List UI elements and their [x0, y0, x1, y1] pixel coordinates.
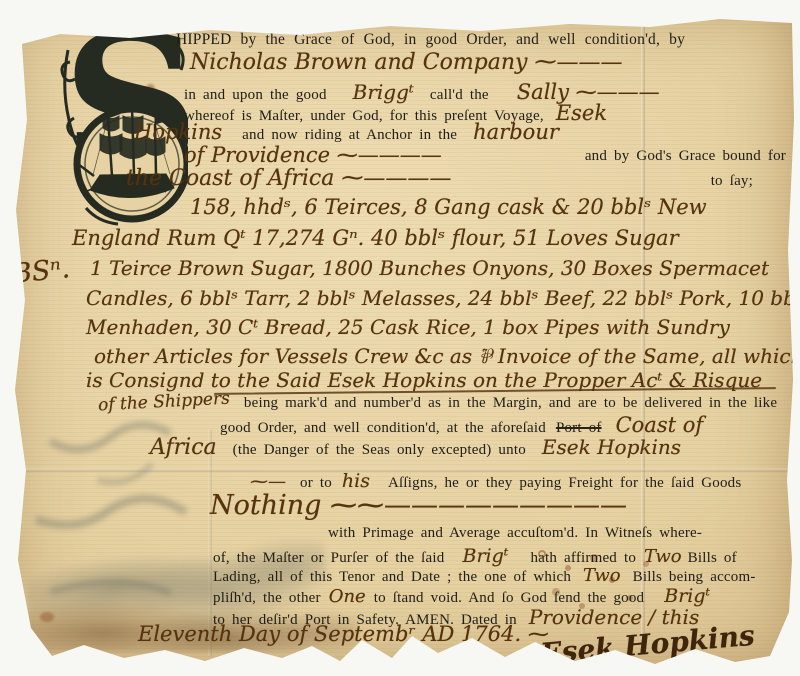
handwritten-text: the Coast of Africa ⁓————	[126, 166, 451, 191]
bol-line: Lading, all of this Tenor and Date ; the…	[213, 565, 756, 586]
handwritten-text: of Providence ⁓————	[184, 143, 442, 167]
printed-text: being mark'd and number'd as in the Marg…	[244, 395, 777, 411]
handwritten-text: Candles, 6 bblˢ Tarr, 2 bblˢ Melasses, 2…	[86, 286, 800, 310]
printed-text: pliſh'd, the other	[213, 590, 321, 606]
bol-line: 158, hhdˢ, 6 Teirces, 8 Gang cask & 20 b…	[190, 195, 707, 219]
printed-text: hath affirmed to	[530, 550, 636, 566]
printed-text: with Primage and Average accuſtom'd. In …	[328, 525, 702, 541]
handwritten-text: 158, hhdˢ, 6 Teirces, 8 Gang cask & 20 b…	[190, 195, 707, 219]
bol-line: of Providence ⁓———— and by God's Grace b…	[184, 143, 786, 167]
handwritten-text: England Rum Qᵗ 17,274 Gⁿ. 40 bblˢ flour,…	[72, 226, 679, 250]
handwritten-text: other Articles for Vessels Crew &c as ⅌ …	[94, 344, 800, 368]
handwritten-flourish: ⁓—	[250, 471, 286, 492]
bol-line: pliſh'd, the other One to ſtand void. An…	[213, 585, 710, 607]
handwritten-text: Esek	[556, 101, 607, 125]
bol-line: Hopkins and now riding at Anchor in the …	[134, 120, 559, 144]
bol-line: Menhaden, 30 Cᵗ Bread, 25 Cask Rice, 1 b…	[86, 315, 730, 339]
handwritten-text: Hopkins	[134, 120, 222, 144]
handwritten-text: Nothing ⁓⁓—————————	[210, 490, 627, 521]
handwritten-text: harbour	[473, 120, 559, 144]
printed-text: and by God's Grace bound for	[585, 148, 786, 165]
printed-text: HIPPED by the Grace of God, in good Orde…	[176, 31, 685, 48]
bol-line: other Articles for Vessels Crew &c as ⅌ …	[94, 342, 800, 369]
handwritten-text: 1 Teirce Brown Sugar, 1800 Bunches Onyon…	[90, 256, 769, 280]
handwritten-text: Coast of	[616, 413, 704, 437]
scanned-document-page: { "colors":{"paper":"#e5d0a0","backgroun…	[0, 0, 800, 676]
printed-text: to ſtand void. And ſo God ſend the good	[374, 590, 645, 606]
bol-line: Eleventh Day of Septembʳ AD 1764. ⁓	[138, 622, 549, 646]
printed-text: and now riding at Anchor in the	[242, 127, 457, 143]
handwritten-text: Menhaden, 30 Cᵗ Bread, 25 Cask Rice, 1 b…	[86, 315, 730, 339]
bol-line: Nothing ⁓⁓—————————	[210, 490, 627, 521]
struck-out-text: Port of	[556, 420, 602, 436]
printed-text: Lading, all of this Tenor and Date ; the…	[213, 569, 571, 585]
bol-line: of, the Maſter or Purſer of the ſaid Bri…	[213, 545, 737, 567]
printed-text: (the Danger of the Seas only excepted) u…	[233, 442, 526, 458]
handwritten-text: Eleventh Day of Septembʳ AD 1764. ⁓	[138, 622, 549, 646]
handwritten-text: Africa	[150, 435, 217, 460]
verso-showthrough	[0, 392, 204, 655]
handwritten-text: his	[342, 470, 370, 492]
handwritten-text: Esek Hopkins	[542, 435, 681, 459]
bol-line: HIPPED by the Grace of God, in good Orde…	[176, 31, 685, 49]
printed-text: Bills of	[688, 550, 737, 566]
parchment-sheet: S BSⁿ.	[0, 0, 800, 676]
bol-line: Nicholas Brown and Company ⁓———	[190, 50, 622, 75]
showthrough-strokes	[0, 392, 204, 655]
printed-text: good Order, and well condition'd, at the…	[220, 420, 546, 436]
handwritten-text: Nicholas Brown and Company ⁓———	[190, 50, 622, 75]
handwritten-text: Brigᵗ	[664, 585, 710, 607]
printed-text: Aſſigns, he or they paying Freight for t…	[388, 475, 741, 491]
handwritten-text: One	[329, 586, 366, 607]
bol-line: England Rum Qᵗ 17,274 Gⁿ. 40 bblˢ flour,…	[72, 226, 679, 250]
bol-line: is Consignd to the Said Esek Hopkins on …	[86, 368, 762, 392]
handwritten-text: of the Shippers	[98, 389, 231, 416]
bol-line: ⁓— or to his Aſſigns, he or they paying …	[250, 470, 741, 492]
printed-text: Bills being accom-	[633, 569, 756, 585]
bol-line: good Order, and well condition'd, at the…	[220, 413, 703, 437]
printed-text: or to	[300, 475, 332, 491]
bol-line: 1 Teirce Brown Sugar, 1800 Bunches Onyon…	[90, 256, 769, 280]
printed-text: of, the Maſter or Purſer of the ſaid	[213, 550, 444, 566]
handwritten-text: is Consignd to the Said Esek Hopkins on …	[86, 368, 762, 392]
bol-line: with Primage and Average accuſtom'd. In …	[328, 524, 702, 542]
handwritten-text: Two	[583, 565, 621, 586]
bol-line: Candles, 6 bblˢ Tarr, 2 bblˢ Melasses, 2…	[86, 286, 800, 310]
bol-line: the Coast of Africa ⁓———— to ſay;	[126, 166, 788, 191]
bol-line: of the Shippers being mark'd and number'…	[98, 392, 777, 412]
printed-text: to ſay;	[711, 173, 753, 190]
handwritten-text: Brigᵗ	[462, 545, 508, 567]
handwritten-text: Two	[644, 546, 682, 567]
bol-line: Africa (the Danger of the Seas only exce…	[150, 435, 681, 460]
